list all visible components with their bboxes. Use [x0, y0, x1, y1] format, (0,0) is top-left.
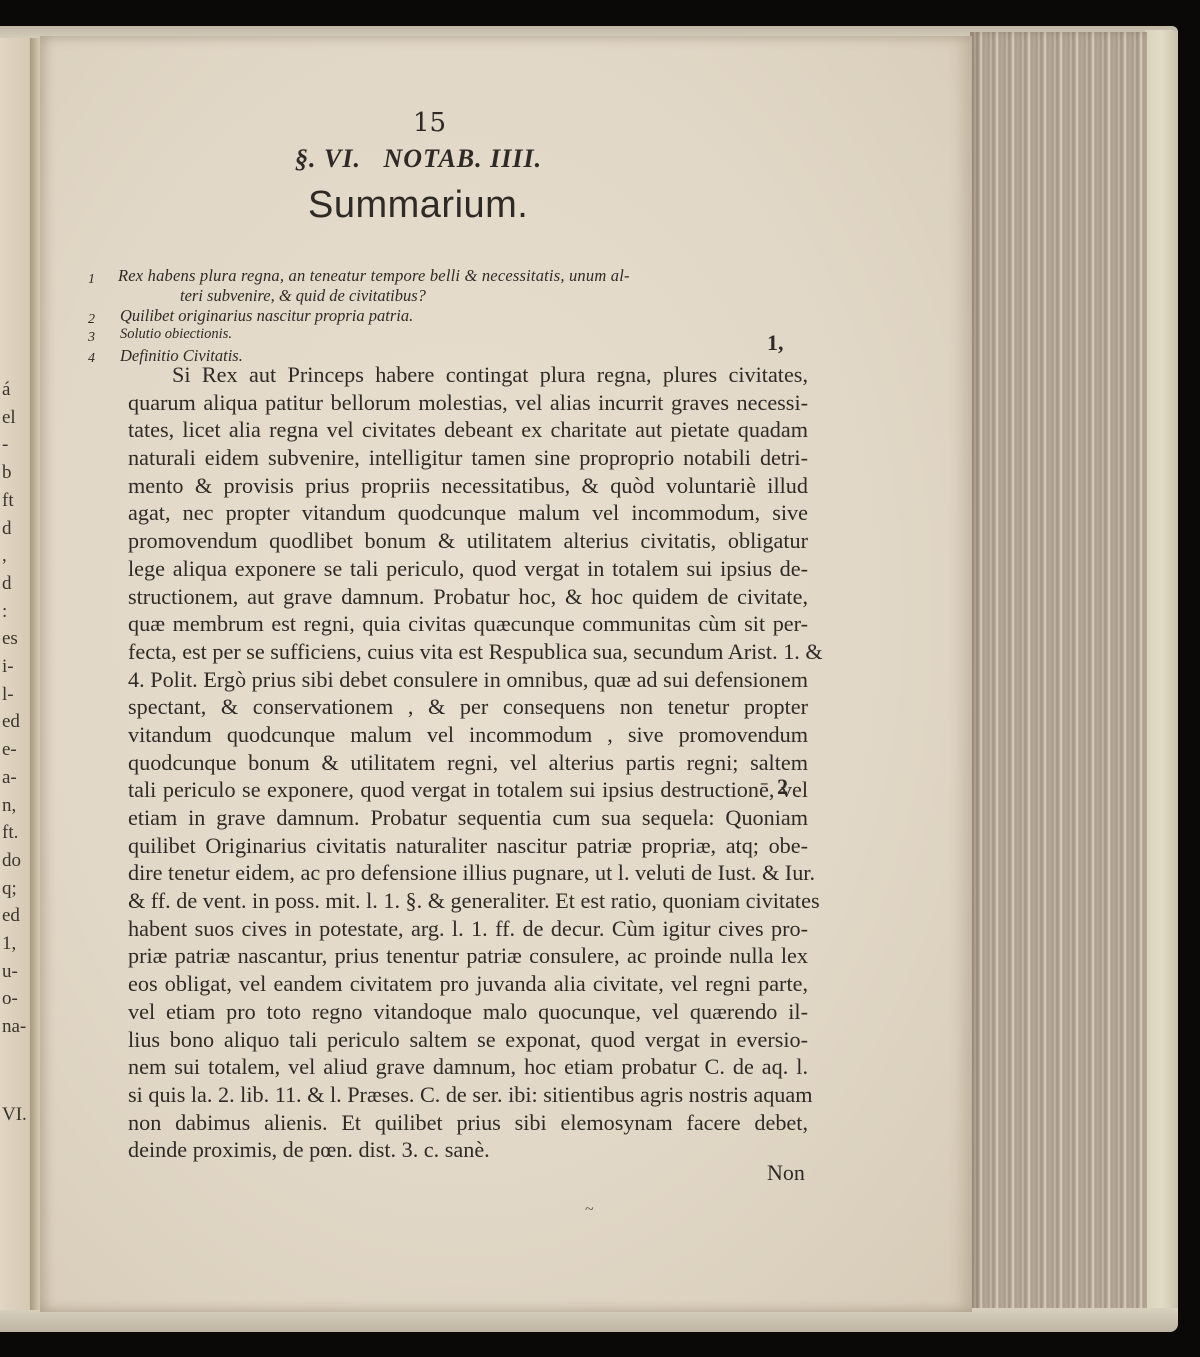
- body-line: agat, nec propter vitandum quodcunque ma…: [128, 499, 808, 527]
- body-line: 4. Polit. Ergò prius sibi debet consuler…: [128, 666, 808, 694]
- left-page-text-fragment: d: [2, 574, 12, 593]
- summary-number: 2: [88, 312, 95, 328]
- left-page-text-fragment: ed: [2, 712, 20, 731]
- left-page-text-fragment: 1,: [2, 934, 16, 953]
- body-line: fecta, est per se sufficiens, cuius vita…: [128, 638, 808, 666]
- summary-number: 1: [88, 272, 95, 288]
- catchword: Non: [767, 1160, 805, 1186]
- body-line: deinde proximis, de pœn. dist. 3. c. san…: [128, 1136, 808, 1164]
- body-line: spectant, & conservationem , & per conse…: [128, 693, 808, 721]
- recto-page: 15 §. VI. NOTAB. IIII. Summarium. 1 Rex …: [40, 36, 972, 1312]
- body-line: naturali eidem subvenire, intelligitur t…: [128, 444, 808, 472]
- margin-note-number: 1,: [767, 330, 784, 356]
- left-page-text-fragment: VI.: [2, 1105, 27, 1124]
- summary-number: 4: [88, 351, 95, 367]
- left-page-text-fragment: :: [2, 602, 7, 621]
- summary-item-text: teri subvenire, & quid de civitatibus?: [180, 286, 426, 306]
- left-page-text-fragment: u-: [2, 962, 18, 981]
- left-page-text-fragment: a-: [2, 768, 17, 787]
- left-page-text-fragment: el: [2, 408, 16, 427]
- summary-item-text: Rex habens plura regna, an teneatur temp…: [118, 266, 630, 286]
- body-line: quilibet Originarius civitatis naturalit…: [128, 832, 808, 860]
- vellum-cover-fore-edge: [1145, 30, 1178, 1326]
- body-line: mento & provisis prius propriis necessit…: [128, 472, 808, 500]
- left-page-text-fragment: ed: [2, 906, 20, 925]
- summary-title: Summarium.: [308, 184, 528, 227]
- left-page-text-fragment: á: [2, 380, 10, 399]
- left-page-text-fragment: i-: [2, 657, 14, 676]
- left-page-text-fragment: q;: [2, 879, 17, 898]
- body-line: tali periculo se exponere, quod vergat i…: [128, 776, 808, 804]
- body-line: vel etiam pro toto regno vitandoque malo…: [128, 998, 808, 1026]
- body-line: Si Rex aut Princeps habere contingat plu…: [128, 361, 808, 389]
- body-line: habent suos cives in potestate, arg. l. …: [128, 915, 808, 943]
- left-page-text-fragment: ft.: [2, 823, 18, 842]
- body-line: quarum aliqua patitur bellorum molestias…: [128, 389, 808, 417]
- page-number: 15: [413, 108, 446, 138]
- body-line: vitandum quodcunque malum vel incommodum…: [128, 721, 808, 749]
- body-line: quæ membrum est regni, quia civitas quæc…: [128, 610, 808, 638]
- body-line: structionem, aut grave damnum. Probatur …: [128, 583, 808, 611]
- summary-number: 3: [88, 330, 95, 346]
- left-page-text-fragment: o-: [2, 989, 18, 1008]
- left-page-text-fragment: do: [2, 851, 21, 870]
- body-line: si quis la. 2. lib. 11. & l. Præses. C. …: [128, 1081, 808, 1109]
- body-line: tates, licet alia regna vel civitates de…: [128, 416, 808, 444]
- body-line: promovendum quodlibet bonum & utilitatem…: [128, 527, 808, 555]
- left-page-text-fragment: -: [2, 435, 8, 454]
- left-page-text-fragment: d: [2, 519, 12, 538]
- body-line: eos obligat, vel eandem civitatem pro ju…: [128, 970, 808, 998]
- left-page-text-fragment: b: [2, 463, 12, 482]
- section-heading: §. VI. NOTAB. IIII.: [295, 144, 542, 174]
- left-page-text-fragment: l-: [2, 685, 14, 704]
- body-line: non dabimus alienis. Et quilibet prius s…: [128, 1109, 808, 1137]
- body-line: lege aliqua exponere se tali periculo, q…: [128, 555, 808, 583]
- summary-item-text: Solutio obiectionis.: [120, 326, 232, 343]
- margin-note-number: 2: [777, 774, 788, 800]
- left-page-text-fragment: es: [2, 629, 18, 648]
- left-page-text-fragment: ,: [2, 546, 7, 565]
- left-page-text-fragment: n,: [2, 796, 16, 815]
- summary-item-text: Quilibet originarius nascitur propria pa…: [120, 306, 413, 326]
- left-page-text-fragment: na-: [2, 1017, 26, 1036]
- page-block-edges: [970, 32, 1147, 1322]
- body-line: nem sui totalem, vel aliud grave damnum,…: [128, 1053, 808, 1081]
- body-line: quodcunque bonum & utilitatem regni, vel…: [128, 749, 808, 777]
- left-page-text-fragment: e-: [2, 740, 17, 759]
- body-paragraph: Si Rex aut Princeps habere contingat plu…: [128, 361, 808, 1164]
- body-line: etiam in grave damnum. Probatur sequenti…: [128, 804, 808, 832]
- printer-ornament: ~: [585, 1201, 594, 1219]
- left-page-text-fragment: ft: [2, 491, 14, 510]
- body-line: & ff. de vent. in poss. mit. l. 1. §. & …: [128, 887, 808, 915]
- body-line: lius bono aliquo tali periculo saltem se…: [128, 1026, 808, 1054]
- body-line: priæ patriæ nascantur, prius tenentur pa…: [128, 942, 808, 970]
- body-line: dire tenetur eidem, ac pro defensione il…: [128, 859, 808, 887]
